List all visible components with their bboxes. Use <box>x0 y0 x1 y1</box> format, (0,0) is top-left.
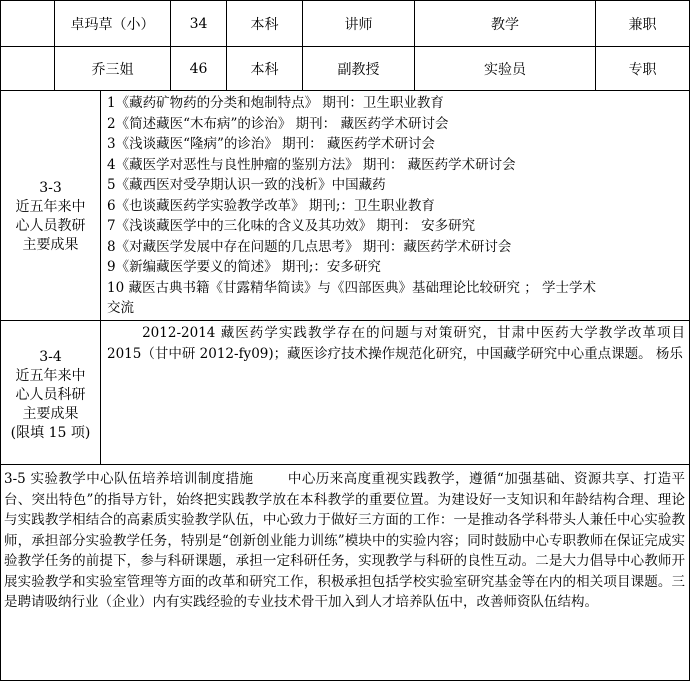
publication-item: 7《浅谈藏医学中的三化味的含义及其功效》 期刊： 安多研究 <box>107 216 689 237</box>
publication-item: 6《也谈藏医药学实验教学改革》 期刊;：卫生职业教育 <box>107 196 689 217</box>
publication-item: 10 藏医古典书籍《甘露精华简读》与《四部医典》基础理论比较研究 ； 学士学术 <box>107 278 689 299</box>
section-3-3-label: 3-3 近五年来中 心人员教研 主要成果 <box>0 90 101 321</box>
staff-age: 46 <box>170 46 227 91</box>
staff-name: 卓玛草（小） <box>54 0 171 47</box>
staff-age: 34 <box>170 0 227 47</box>
label-line: 心人员科研 <box>16 386 86 405</box>
publication-item: 3《浅谈藏医“隆病”的诊治》 期刊： 藏医药学术研讨会 <box>107 134 689 155</box>
section-3-5: 3-5 实验教学中心队伍培养培训制度措施中心历来高度重视实践教学，遵循“加强基础… <box>0 464 690 681</box>
label-line: 3-3 <box>39 179 62 198</box>
publication-item: 1《藏药矿物药的分类和炮制特点》 期刊：卫生职业教育 <box>107 93 689 114</box>
section-3-4-label: 3-4 近五年来中 心人员科研 主要成果 (限填 15 项) <box>0 320 101 465</box>
publication-item: 8《对藏医学发展中存在问题的几点思考》 期刊：藏医药学术研讨会 <box>107 237 689 258</box>
label-line: 3-4 <box>39 348 62 367</box>
publication-item: 4《藏医学对恶性与良性肿瘤的鉴别方法》 期刊： 藏医药学术研讨会 <box>107 155 689 176</box>
label-line: 主要成果 <box>23 405 79 424</box>
staff-role: 教学 <box>414 0 596 47</box>
section-3-3-publications: 1《藏药矿物药的分类和炮制特点》 期刊：卫生职业教育 2《简述藏医“木布病”的诊… <box>100 90 690 321</box>
publication-item: 2《简述藏医“木布病”的诊治》 期刊： 藏医药学术研讨会 <box>107 114 689 135</box>
label-line: 近五年来中 <box>16 198 86 217</box>
staff-row-1-blank <box>0 0 55 47</box>
staff-type: 兼职 <box>595 0 690 47</box>
staff-type: 专职 <box>595 46 690 91</box>
label-line: 主要成果 <box>23 236 79 255</box>
publication-item: 5《藏西医对受孕期认识一致的浅析》中国藏药 <box>107 175 689 196</box>
staff-title: 讲师 <box>302 0 415 47</box>
staff-education: 本科 <box>226 46 303 91</box>
staff-title: 副教授 <box>302 46 415 91</box>
staff-row-2-blank <box>0 46 55 91</box>
section-3-5-title: 3-5 实验教学中心队伍培养培训制度措施 <box>4 471 253 487</box>
label-line: 近五年来中 <box>16 367 86 386</box>
staff-education: 本科 <box>226 0 303 47</box>
publication-item: 交流 <box>107 298 689 319</box>
label-line: 心人员教研 <box>16 217 86 236</box>
label-line: (限填 15 项) <box>11 424 91 443</box>
section-3-5-content: 中心历来高度重视实践教学，遵循“加强基础、资源共享、打造平台、突出特色”的指导方… <box>4 471 685 610</box>
section-3-4-research: 2012-2014 藏医药学实践教学存在的问题与对策研究，甘肃中医药大学教学改革… <box>100 320 690 465</box>
staff-name: 乔三姐 <box>54 46 171 91</box>
staff-role: 实验员 <box>414 46 596 91</box>
publication-item: 9《新编藏医学要义的简述》 期刊;：安多研究 <box>107 257 689 278</box>
